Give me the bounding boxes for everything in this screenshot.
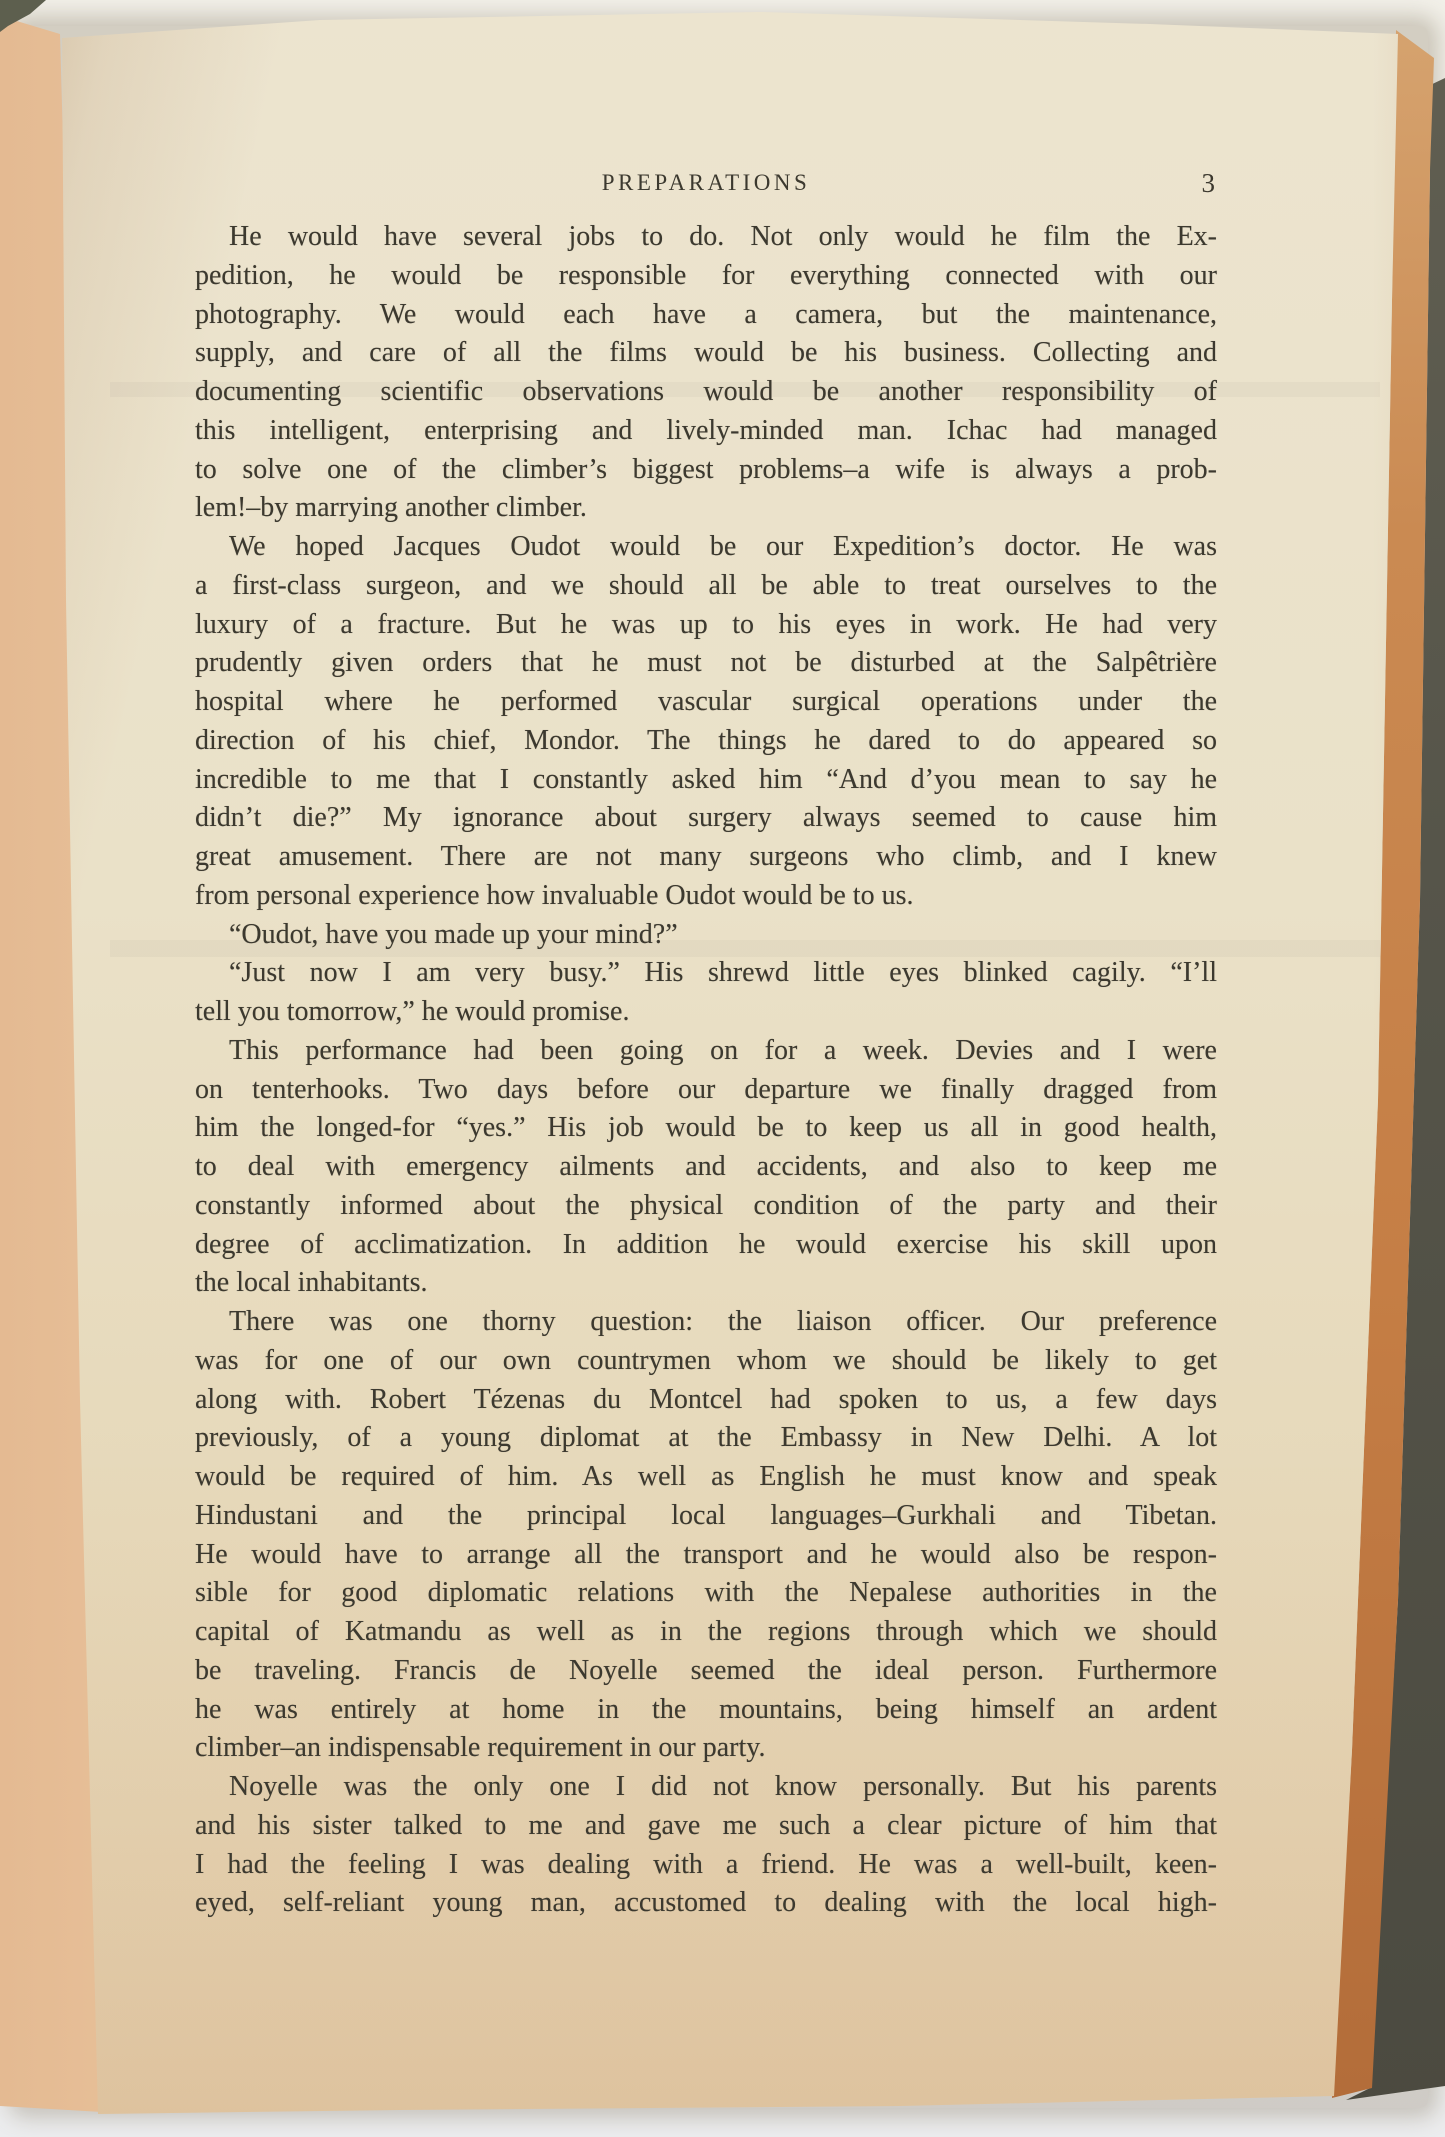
book-page: PREPARATIONS 3 He would have several job… <box>0 0 1445 2137</box>
text-line: He would have to arrange all the transpo… <box>195 1536 1217 1575</box>
text-line: this intelligent, enterprising and livel… <box>195 412 1217 451</box>
text-line: constantly informed about the physical c… <box>195 1187 1217 1226</box>
text-line: Hindustani and the principal local langu… <box>195 1497 1217 1536</box>
text-line: previously, of a young diplomat at the E… <box>195 1419 1217 1458</box>
text-line: capital of Katmandu as well as in the re… <box>195 1613 1217 1652</box>
page-header: PREPARATIONS 3 <box>195 166 1217 200</box>
text-line: climber–an indispensable requirement in … <box>195 1729 1217 1768</box>
text-line: I had the feeling I was dealing with a f… <box>195 1846 1217 1885</box>
text-line: along with. Robert Tézenas du Montcel ha… <box>195 1381 1217 1420</box>
text-line: supply, and care of all the films would … <box>195 334 1217 373</box>
text-line: prudently given orders that he must not … <box>195 644 1217 683</box>
body-text: He would have several jobs to do. Not on… <box>195 218 1217 1923</box>
text-line: lem!–by marrying another climber. <box>195 489 1217 528</box>
text-line: a first-class surgeon, and we should all… <box>195 567 1217 606</box>
text-line: We hoped Jacques Oudot would be our Expe… <box>195 528 1217 567</box>
text-line: This performance had been going on for a… <box>195 1032 1217 1071</box>
running-head: PREPARATIONS <box>195 166 1217 200</box>
text-line: He would have several jobs to do. Not on… <box>195 218 1217 257</box>
text-line: incredible to me that I constantly asked… <box>195 761 1217 800</box>
text-line: tell you tomorrow,” he would promise. <box>195 993 1217 1032</box>
text-line: There was one thorny question: the liais… <box>195 1303 1217 1342</box>
text-line: to deal with emergency ailments and acci… <box>195 1148 1217 1187</box>
text-line: great amusement. There are not many surg… <box>195 838 1217 877</box>
text-line: pedition, he would be responsible for ev… <box>195 257 1217 296</box>
text-line: photography. We would each have a camera… <box>195 296 1217 335</box>
text-line: “Just now I am very busy.” His shrewd li… <box>195 954 1217 993</box>
text-line: was for one of our own countrymen whom w… <box>195 1342 1217 1381</box>
text-line: degree of acclimatization. In addition h… <box>195 1226 1217 1265</box>
photo-scene: PREPARATIONS 3 He would have several job… <box>0 0 1445 2137</box>
text-line: would be required of him. As well as Eng… <box>195 1458 1217 1497</box>
text-line: on tenterhooks. Two days before our depa… <box>195 1071 1217 1110</box>
text-line: sible for good diplomatic relations with… <box>195 1574 1217 1613</box>
text-line: him the longed-for “yes.” His job would … <box>195 1109 1217 1148</box>
page-number: 3 <box>1202 166 1216 200</box>
text-line: be traveling. Francis de Noyelle seemed … <box>195 1652 1217 1691</box>
text-line: direction of his chief, Mondor. The thin… <box>195 722 1217 761</box>
text-line: eyed, self-reliant young man, accustomed… <box>195 1884 1217 1923</box>
text-line: from personal experience how invaluable … <box>195 877 1217 916</box>
text-line: the local inhabitants. <box>195 1264 1217 1303</box>
text-line: hospital where he performed vascular sur… <box>195 683 1217 722</box>
text-line: Noyelle was the only one I did not know … <box>195 1768 1217 1807</box>
text-line: didn’t die?” My ignorance about surgery … <box>195 799 1217 838</box>
text-line: he was entirely at home in the mountains… <box>195 1691 1217 1730</box>
text-line: and his sister talked to me and gave me … <box>195 1807 1217 1846</box>
text-line: “Oudot, have you made up your mind?” <box>195 916 1217 955</box>
text-line: luxury of a fracture. But he was up to h… <box>195 606 1217 645</box>
text-line: to solve one of the climber’s biggest pr… <box>195 451 1217 490</box>
text-line: documenting scientific observations woul… <box>195 373 1217 412</box>
